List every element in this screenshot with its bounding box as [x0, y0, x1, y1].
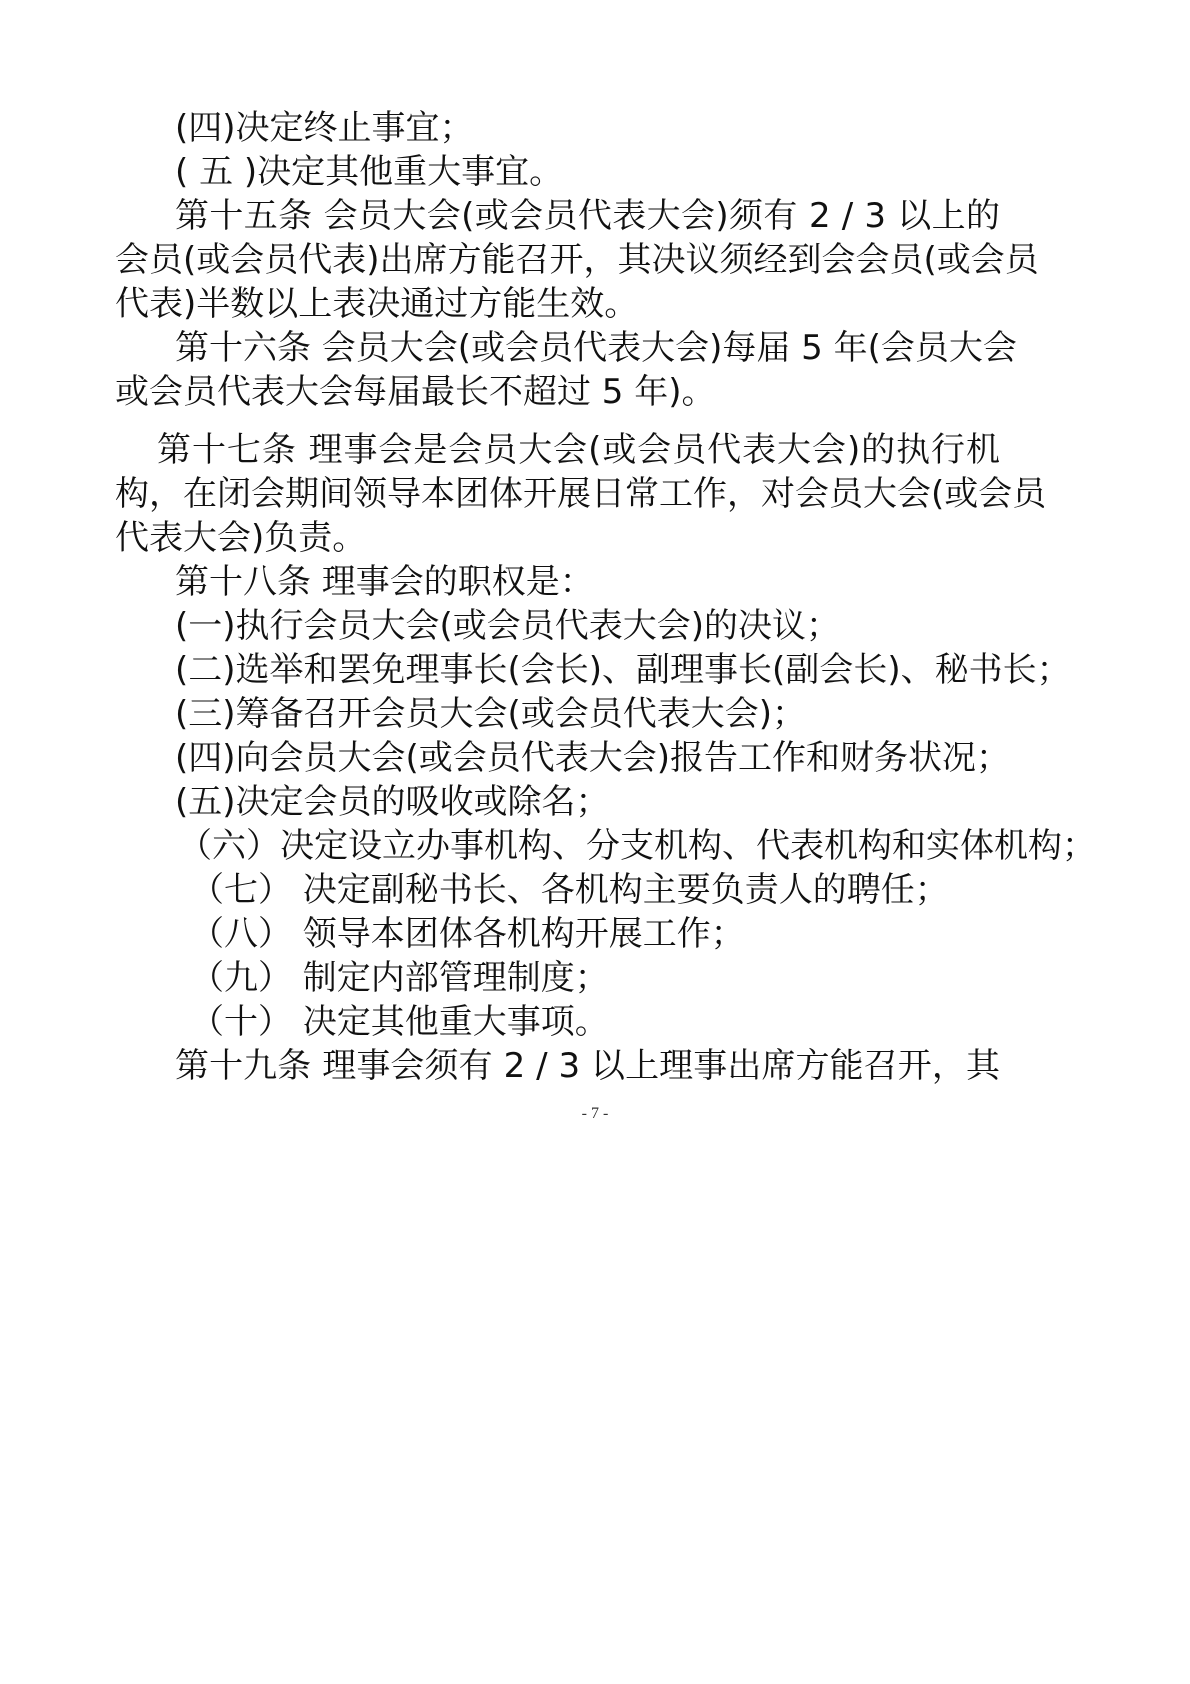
text-line: 构，在闭会期间领导本团体开展日常工作，对会员大会(或会员 — [115, 472, 1000, 516]
list-item: （七） 决定副秘书长、各机构主要负责人的聘任； — [190, 868, 949, 912]
list-item: (二)选举和罢免理事长(会长)、副理事长(副会长)、秘书长； — [175, 648, 1018, 692]
text-line: 或会员代表大会每届最长不超过 5 年)。 — [115, 370, 716, 414]
article-18-heading: 第十八条 理事会的职权是： — [175, 560, 594, 604]
list-item: （十） 决定其他重大事项。 — [190, 1000, 609, 1044]
article-17-heading: 第十七条 理事会是会员大会(或会员代表大会)的执行机 — [157, 428, 1000, 472]
list-item: （六）决定设立办事机构、分支机构、代表机构和实体机构； — [178, 824, 1018, 868]
page-number: - 7 - — [0, 1105, 1190, 1123]
article-19-heading: 第十九条 理事会须有 2 / 3 以上理事出席方能召开，其 — [175, 1044, 1000, 1088]
list-item: (三)筹备召开会员大会(或会员代表大会)； — [175, 692, 806, 736]
article-16-heading: 第十六条 会员大会(或会员代表大会)每届 5 年(会员大会 — [175, 326, 1000, 370]
list-item: （九） 制定内部管理制度； — [190, 956, 609, 1000]
list-item: (五)决定会员的吸收或除名； — [175, 780, 610, 824]
text-line: (四)决定终止事宜； — [175, 106, 474, 150]
text-line: 会员(或会员代表)出席方能召开，其决议须经到会会员(或会员 — [115, 238, 1000, 282]
list-item: (一)执行会员大会(或会员代表大会)的决议； — [175, 604, 840, 648]
article-15-heading: 第十五条 会员大会(或会员代表大会)须有 2 / 3 以上的 — [175, 194, 1000, 238]
document-page: (四)决定终止事宜； ( 五 )决定其他重大事宜。 第十五条 会员大会(或会员代… — [0, 0, 1190, 1684]
list-item: （八） 领导本团体各机构开展工作； — [190, 912, 745, 956]
text-line: 代表)半数以上表决通过方能生效。 — [115, 282, 638, 326]
list-item: (四)向会员大会(或会员代表大会)报告工作和财务状况； — [175, 736, 1010, 780]
text-line: 代表大会)负责。 — [115, 516, 366, 560]
text-line: ( 五 )决定其他重大事宜。 — [175, 150, 563, 194]
